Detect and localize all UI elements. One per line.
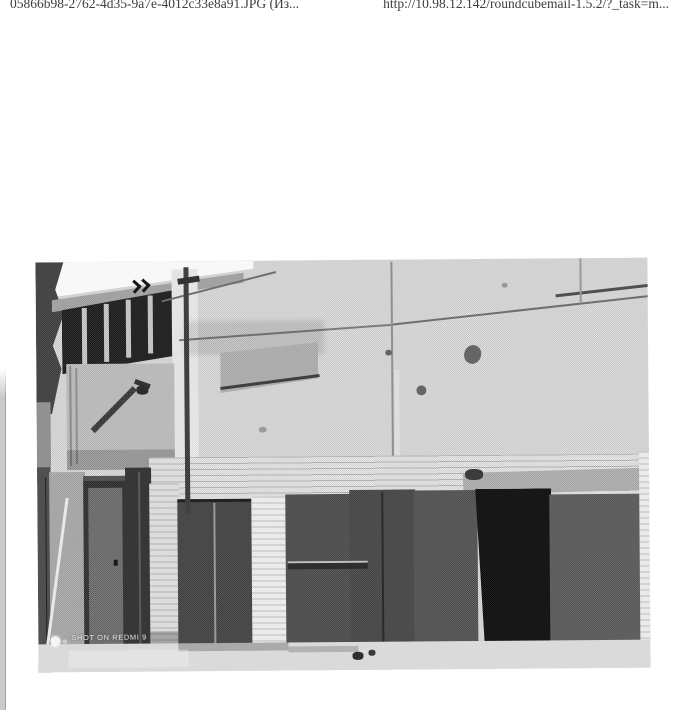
wall-spot <box>416 385 426 395</box>
open-doorway <box>475 488 552 659</box>
print-header: 05866b98-2762-4d35-9a7e-4012c33e8a91.JPG… <box>10 0 669 12</box>
watermark-flash-icon <box>62 639 67 644</box>
page-edge-strip <box>0 368 6 710</box>
header-filename: 05866b98-2762-4d35-9a7e-4012c33e8a91.JPG… <box>10 0 299 12</box>
ground-debris <box>368 650 375 656</box>
wall-spot <box>461 343 483 367</box>
window-mullion <box>104 304 109 362</box>
ground-shadow <box>288 646 358 653</box>
entry-door <box>88 488 123 648</box>
ground-debris <box>352 652 363 660</box>
wall-spot <box>502 283 508 288</box>
brick-pier <box>251 496 288 652</box>
panel-seam <box>556 284 650 298</box>
garage-door <box>549 494 642 651</box>
garage-door <box>413 490 478 652</box>
watermark-line1: SHOT ON REDMI 9 <box>71 633 147 643</box>
print-page: 05866b98-2762-4d35-9a7e-4012c33e8a91.JPG… <box>0 0 675 710</box>
wall-spot <box>259 427 267 433</box>
panel-seam-vertical <box>579 258 581 302</box>
watermark-dot-icon <box>50 636 60 646</box>
gate-bar <box>288 563 368 570</box>
panel-seam <box>392 295 649 326</box>
header-url: http://10.98.12.142/roundcubemail-1.5.2/… <box>383 0 669 12</box>
brick-pier <box>639 452 651 650</box>
ground-shadow <box>178 642 288 651</box>
door-handle <box>114 560 118 566</box>
brick-pier <box>149 483 180 653</box>
door-gap <box>83 476 127 481</box>
window-mullion <box>126 300 131 358</box>
attachment-photo: SHOT ON REDMI 9 AI QUAD CAMERA <box>35 258 650 673</box>
window-mullion <box>82 308 87 366</box>
camera-watermark: SHOT ON REDMI 9 AI QUAD CAMERA <box>50 629 190 662</box>
wall-spot <box>385 350 392 356</box>
garage-gate <box>285 494 352 651</box>
watermark-line2: AI QUAD CAMERA <box>67 646 130 653</box>
pipe-fitting <box>136 386 148 395</box>
lintel-debris <box>465 469 483 480</box>
seam-highlight <box>394 370 400 465</box>
window-mullion <box>148 295 153 353</box>
